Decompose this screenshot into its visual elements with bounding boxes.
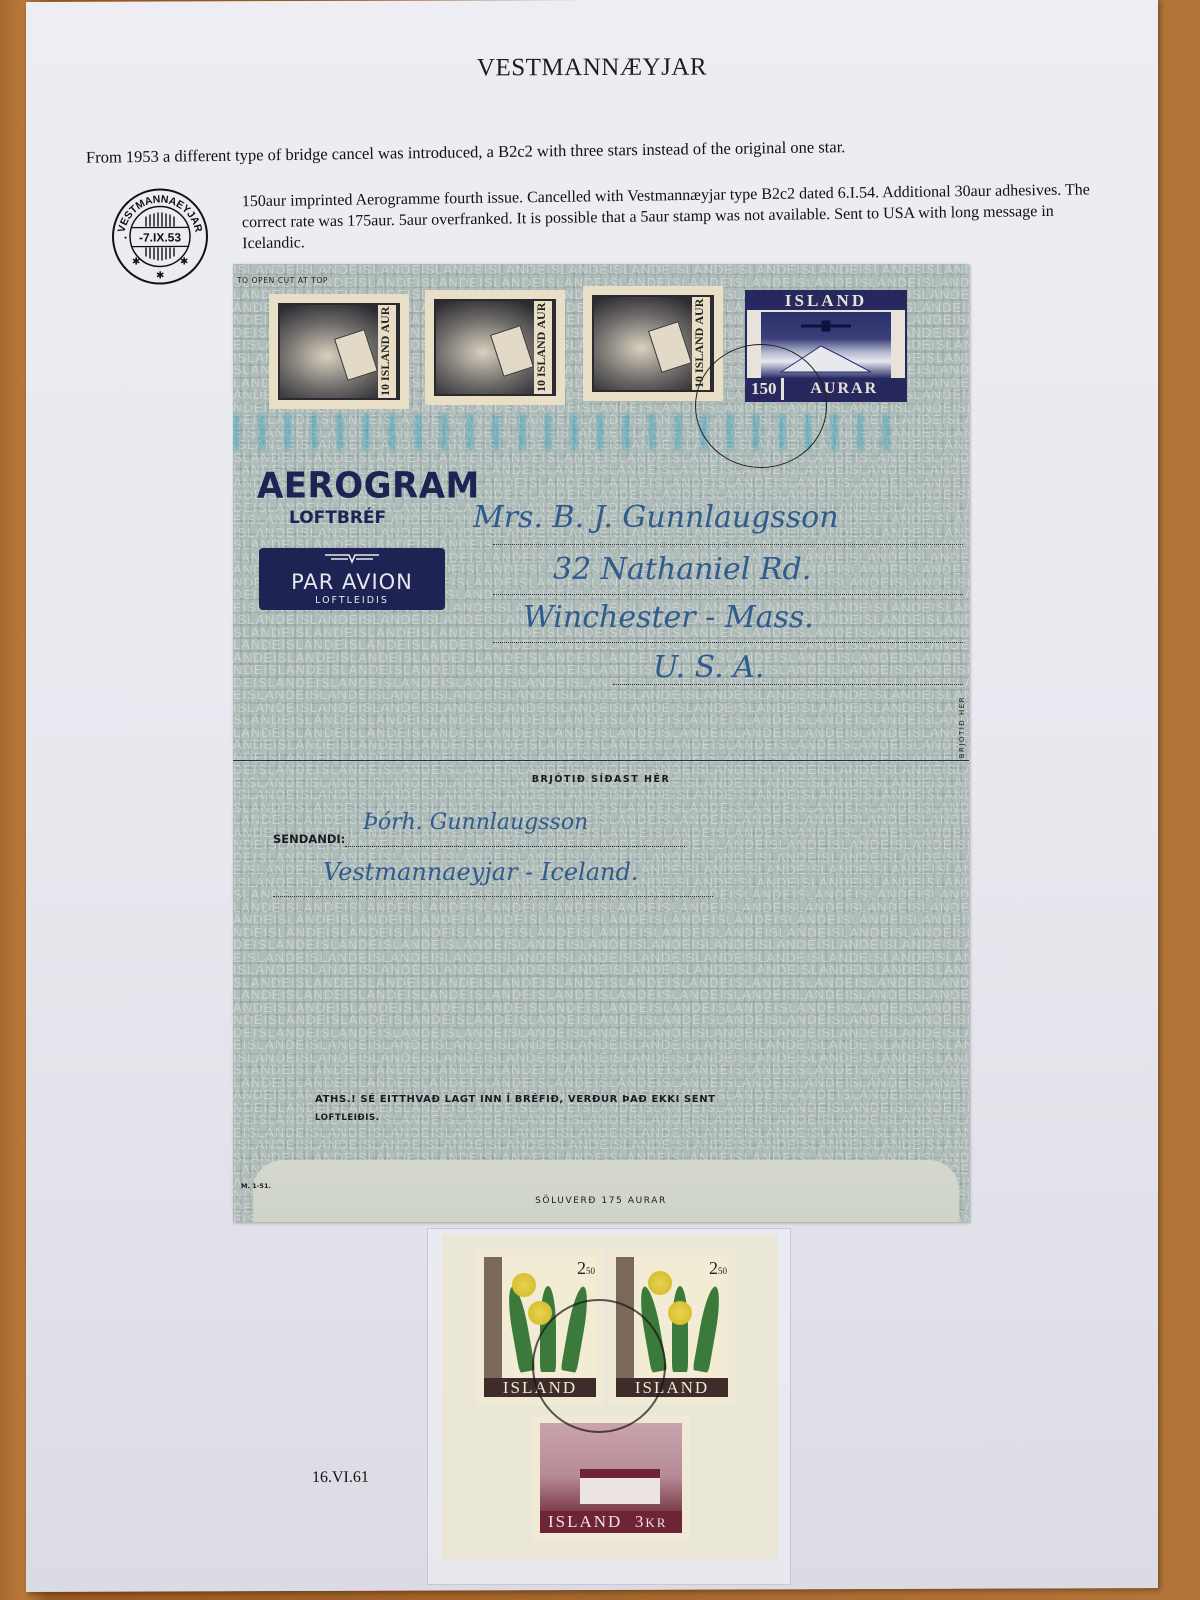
svg-text:✱: ✱ <box>156 270 164 281</box>
postmark-icon: VESTMANNAEYJAR -7.IX.53 • ✱ ✱ ✱ <box>110 186 210 286</box>
cut-instruction: TO OPEN CUT AT TOP <box>237 276 328 285</box>
airmail-label: PAR AVION LOFTLEIDIS <box>259 548 445 610</box>
item-description: 150aur imprinted Aerogramme fourth issue… <box>242 179 1093 254</box>
fold-line <box>233 760 969 761</box>
adhesive-stamp: 10 ISLAND AUR <box>425 290 565 405</box>
sale-price: SÖLUVERÐ 175 AURAR <box>233 1196 969 1206</box>
second-item-date: 16.VI.61 <box>312 1469 369 1487</box>
wings-icon <box>323 552 381 566</box>
fold-instruction: BRJÓTIÐ SÍÐAST HÉR <box>233 774 969 785</box>
sender-line: Vestmannaeyjar - Iceland. <box>323 858 639 886</box>
aerogram-subtitle: LOFTBRÉF <box>289 508 386 528</box>
notice-text: ATHS.! SÉ EITTHVAÐ LAGT INN Í BRÉFIÐ, VE… <box>315 1094 716 1105</box>
svg-text:-7.IX.53: -7.IX.53 <box>139 230 181 244</box>
sender-line: Þórh. Gunnlaugsson <box>363 810 588 835</box>
cover-piece: 250 ISLAND 250 ISLAND ISLAND 3KR <box>442 1235 778 1561</box>
postmark-example: VESTMANNAEYJAR -7.IX.53 • ✱ ✱ ✱ <box>110 186 210 286</box>
protective-sleeve: 250 ISLAND 250 ISLAND ISLAND 3KR <box>427 1228 791 1585</box>
aerogram-title: AEROGRAM <box>257 465 480 507</box>
cancel-postmark <box>532 1299 666 1433</box>
address-line: Mrs. B. J. Gunnlaugsson <box>473 500 839 535</box>
address-line: 32 Nathaniel Rd. <box>553 552 811 587</box>
address-line: U. S. A. <box>653 650 764 685</box>
cancel-postmark <box>695 344 827 468</box>
sender-label: SENDANDI: <box>273 832 345 846</box>
address-line: Winchester - Mass. <box>523 600 814 635</box>
printer-code: M. 1-51. <box>241 1182 271 1190</box>
notice-text-airline: LOFTLEIÐIS. <box>315 1113 380 1123</box>
side-fold-text: BRJÓTIÐ HÉR <box>958 696 966 758</box>
page-title: VESTMANNÆYJAR <box>26 52 1158 84</box>
stamp-building: ISLAND 3KR <box>532 1415 690 1541</box>
svg-text:•: • <box>124 233 127 243</box>
bottom-flap <box>253 1160 959 1222</box>
adhesive-stamp: 10 ISLAND AUR <box>269 294 409 409</box>
intro-text: From 1953 a different type of bridge can… <box>86 137 846 168</box>
svg-text:✱: ✱ <box>180 256 188 267</box>
svg-text:✱: ✱ <box>132 257 140 268</box>
aerogram: ISLANDEISLANDEISLANDEISLANDEISLANDEISLAN… <box>233 264 969 1222</box>
